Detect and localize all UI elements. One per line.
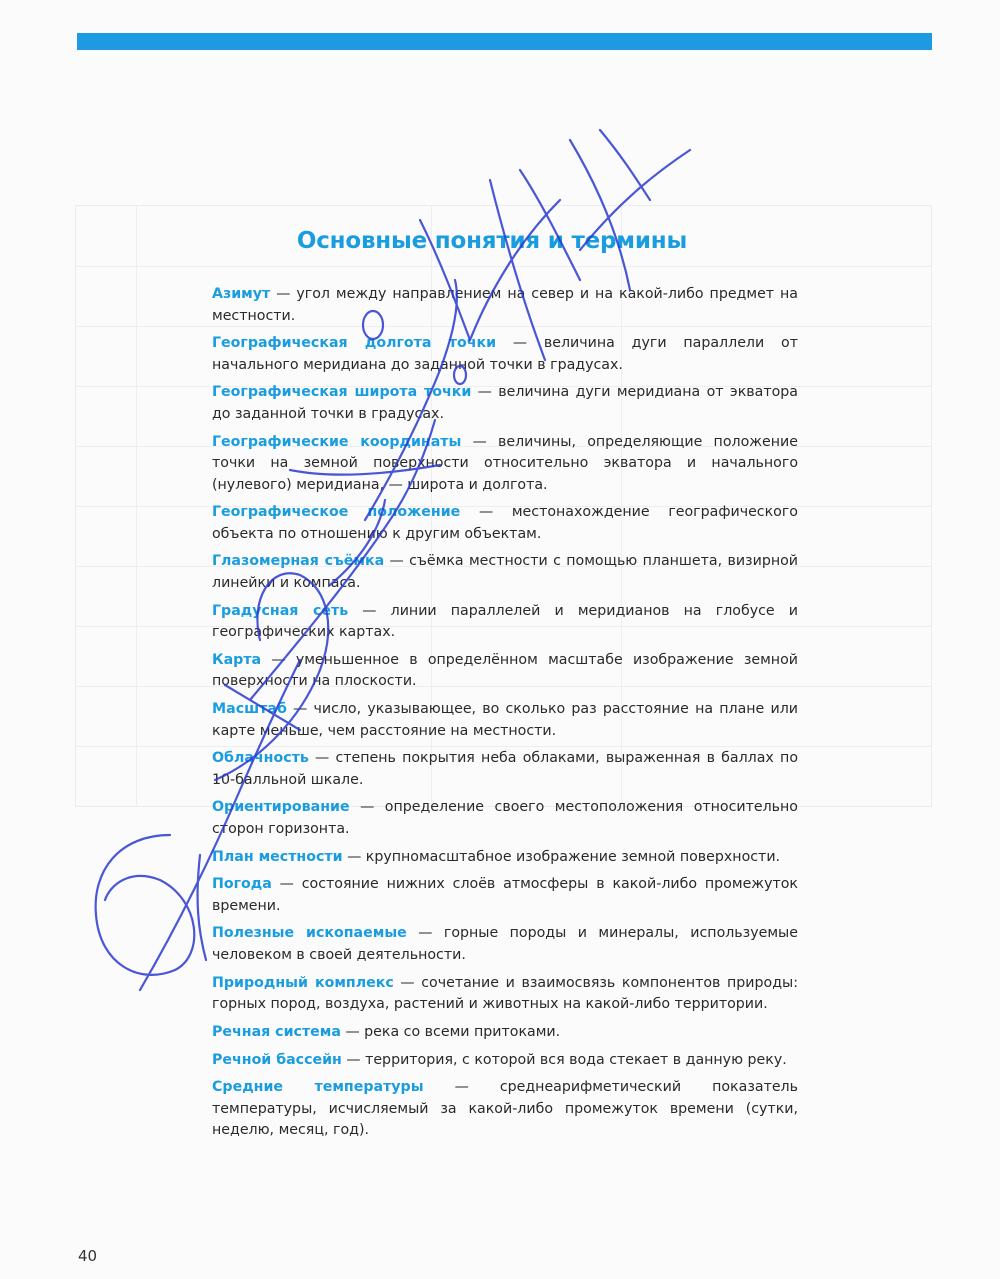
glossary-definition: — территория, с которой вся вода стекает… <box>342 1052 787 1068</box>
glossary-term: Средние температуры <box>212 1079 424 1095</box>
glossary-entry: Масштаб — число, указывающее, во сколько… <box>212 699 798 742</box>
glossary-entry: План местности — крупномасштабное изобра… <box>212 847 798 869</box>
glossary-term: Облачность <box>212 750 309 766</box>
glossary-entry: Речная система — река со всеми притоками… <box>212 1022 798 1044</box>
glossary-entry: Карта — уменьшенное в определённом масшт… <box>212 650 798 693</box>
glossary-definition: — река со всеми притоками. <box>341 1024 560 1040</box>
glossary-term: Географическое положение <box>212 504 460 520</box>
glossary-entry: Градусная сеть — линии параллелей и мери… <box>212 601 798 644</box>
glossary-term: Речной бассейн <box>212 1052 342 1068</box>
glossary-definition: — угол между направлением на север и на … <box>212 286 798 324</box>
glossary-entry: Географическое положение — местонахожден… <box>212 502 798 545</box>
glossary-entry: Погода — состояние нижних слоёв атмосфер… <box>212 874 798 917</box>
glossary-entry: Полезные ископаемые — горные породы и ми… <box>212 923 798 966</box>
glossary-entry: Облачность — степень покрытия неба облак… <box>212 748 798 791</box>
glossary-list: Азимут — угол между направлением на севе… <box>212 284 798 1148</box>
glossary-term: Градусная сеть <box>212 603 348 619</box>
glossary-entry: Речной бассейн — территория, с которой в… <box>212 1050 798 1072</box>
page-title-text: Основные понятия и термины <box>297 228 687 254</box>
glossary-definition: — крупномасштабное изображение земной по… <box>343 849 781 865</box>
header-color-bar <box>77 33 932 50</box>
glossary-term: Глазомерная съёмка <box>212 553 384 569</box>
glossary-entry: Ориентирование — определение своего мест… <box>212 797 798 840</box>
glossary-definition: — число, указывающее, во сколько раз рас… <box>212 701 798 739</box>
glossary-entry: Глазомерная съёмка — съёмка местности с … <box>212 551 798 594</box>
glossary-term: Природный комплекс <box>212 975 394 991</box>
glossary-entry: Географическая долгота точки — величина … <box>212 333 798 376</box>
glossary-entry: Средние температуры — среднеарифметическ… <box>212 1077 798 1142</box>
glossary-term: План местности <box>212 849 343 865</box>
glossary-term: Погода <box>212 876 272 892</box>
glossary-term: Речная система <box>212 1024 341 1040</box>
glossary-term: Карта <box>212 652 261 668</box>
glossary-definition: — состояние нижних слоёв атмосферы в как… <box>212 876 798 914</box>
page-number: 40 <box>78 1247 97 1265</box>
glossary-term: Географическая долгота точки <box>212 335 496 351</box>
glossary-entry: Географическая широта точки — величина д… <box>212 382 798 425</box>
glossary-entry: Географические координаты — величины, оп… <box>212 432 798 497</box>
glossary-entry: Азимут — угол между направлением на севе… <box>212 284 798 327</box>
glossary-term: Ориентирование <box>212 799 350 815</box>
glossary-term: Масштаб <box>212 701 287 717</box>
glossary-term: Географическая широта точки <box>212 384 471 400</box>
glossary-entry: Природный комплекс — сочетание и взаимос… <box>212 973 798 1016</box>
glossary-term: Географические координаты <box>212 434 461 450</box>
glossary-definition: — уменьшенное в определённом масштабе из… <box>212 652 798 690</box>
glossary-term: Азимут <box>212 286 270 302</box>
glossary-term: Полезные ископаемые <box>212 925 407 941</box>
page-title: Основные понятия и термины <box>0 228 1000 254</box>
